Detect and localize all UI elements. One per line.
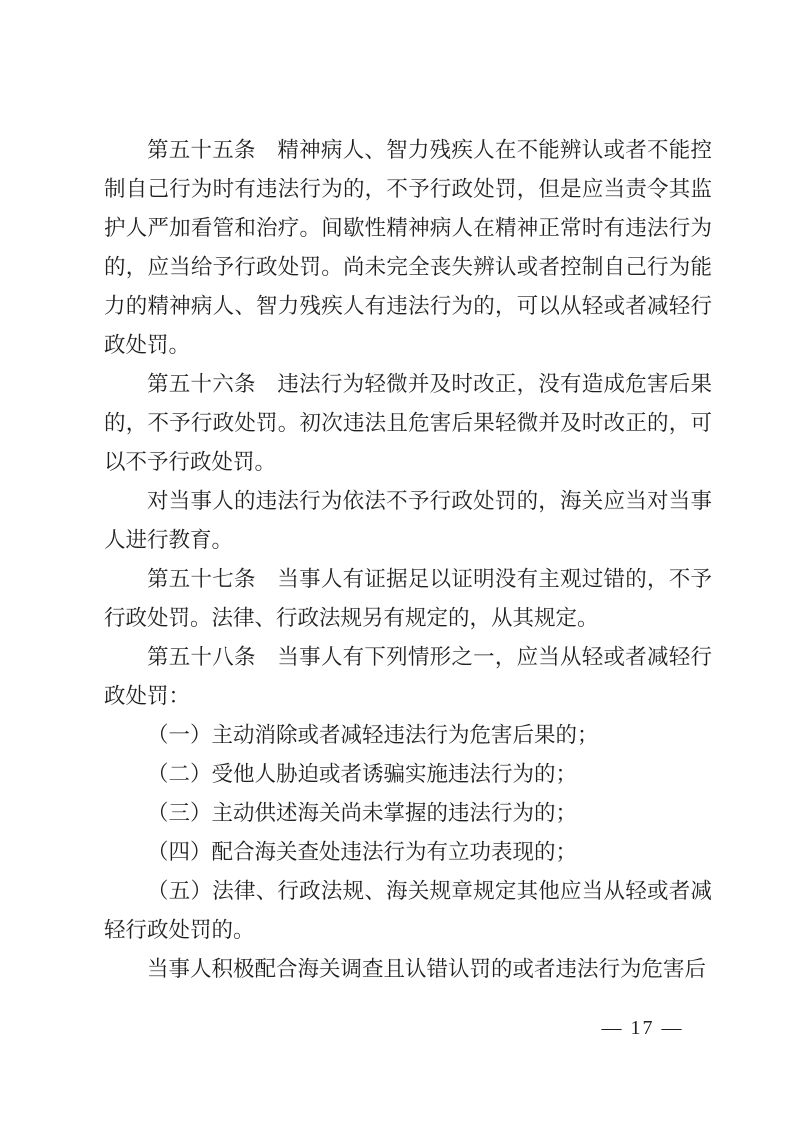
document-body: 第五十五条 精神病人、智力残疾人在不能辨认或者不能控制自己行为时有违法行为的，不… [104,131,712,989]
continuation-paragraph: 当事人积极配合海关调查且认错认罚的或者违法行为危害后 [104,950,712,989]
article-58-item-1: （一）主动消除或者减轻违法行为危害后果的； [104,716,712,755]
article-58-item-5: （五）法律、行政法规、海关规章规定其他应当从轻或者减轻行政处罚的。 [104,872,712,950]
article-58-item-3: （三）主动供述海关尚未掌握的违法行为的； [104,794,712,833]
article-55-paragraph: 第五十五条 精神病人、智力残疾人在不能辨认或者不能控制自己行为时有违法行为的，不… [104,131,712,365]
article-56-education-paragraph: 对当事人的违法行为依法不予行政处罚的，海关应当对当事人进行教育。 [104,482,712,560]
article-56-paragraph: 第五十六条 违法行为轻微并及时改正，没有造成危害后果的，不予行政处罚。初次违法且… [104,365,712,482]
article-58-item-4: （四）配合海关查处违法行为有立功表现的； [104,833,712,872]
article-58-item-2: （二）受他人胁迫或者诱骗实施违法行为的； [104,755,712,794]
article-58-intro-paragraph: 第五十八条 当事人有下列情形之一，应当从轻或者减轻行政处罚： [104,638,712,716]
page-number: — 17 — [585,1016,700,1040]
article-57-paragraph: 第五十七条 当事人有证据足以证明没有主观过错的，不予行政处罚。法律、行政法规另有… [104,560,712,638]
document-page: 第五十五条 精神病人、智力残疾人在不能辨认或者不能控制自己行为时有违法行为的，不… [0,0,800,1132]
